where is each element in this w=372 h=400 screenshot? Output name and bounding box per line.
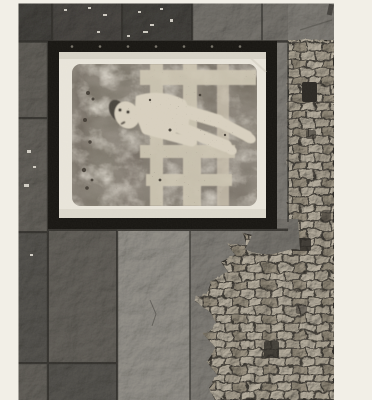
slab — [48, 228, 117, 363]
damage-speck — [85, 186, 89, 190]
seam — [189, 228, 191, 400]
tile — [262, 4, 288, 43]
paper-bottom-shadow — [59, 209, 266, 218]
paint-chip — [160, 8, 163, 10]
photograph — [0, 0, 372, 400]
child-eye — [126, 110, 129, 113]
tile — [122, 4, 192, 43]
brick-hole — [302, 82, 317, 102]
nail-dot — [239, 45, 242, 48]
tile — [52, 4, 122, 43]
slab — [48, 363, 117, 400]
child-eye — [118, 108, 121, 111]
print-area — [19, 4, 335, 400]
paint-chip — [33, 166, 36, 168]
vintage-photo — [72, 64, 257, 206]
tile — [19, 42, 49, 118]
paint-chip — [150, 24, 154, 26]
nail-dot — [183, 45, 186, 48]
paint-chip — [24, 184, 29, 187]
seam — [19, 231, 49, 233]
left-tile-column — [19, 42, 49, 400]
brick-hole — [306, 130, 316, 139]
chair-rail — [140, 70, 256, 85]
nail-dot — [99, 45, 102, 48]
nail-dot — [127, 45, 130, 48]
photograph-stage — [0, 0, 372, 400]
chair-leg — [189, 145, 201, 206]
damage-speck — [159, 179, 162, 182]
nail-dot — [155, 45, 158, 48]
paint-chip — [64, 9, 67, 11]
paint-chip — [170, 19, 173, 22]
paint-chip — [88, 7, 91, 9]
paint-chip — [138, 11, 141, 13]
damage-speck — [169, 129, 172, 132]
seam — [261, 4, 263, 43]
brick-hole — [264, 341, 279, 358]
paint-chip — [143, 31, 148, 33]
damage-speck — [91, 179, 94, 182]
brick-hole — [296, 305, 307, 314]
seam — [51, 4, 53, 43]
slab — [117, 228, 190, 400]
damage-speck — [86, 91, 90, 95]
tile — [19, 232, 49, 363]
damage-speck — [83, 118, 87, 122]
damage-speck — [199, 94, 202, 97]
seam — [19, 362, 118, 364]
tile — [19, 118, 49, 232]
nail-dot — [211, 45, 214, 48]
seam — [116, 228, 118, 400]
tile — [192, 4, 262, 43]
paper-top-shadow — [59, 52, 266, 59]
brick-hole — [322, 210, 331, 222]
seam — [191, 4, 193, 43]
paint-chip — [30, 254, 33, 256]
framed-picture — [48, 41, 277, 229]
damage-speck — [82, 168, 86, 172]
seam — [287, 41, 289, 222]
damage-speck — [224, 134, 226, 136]
tile — [19, 363, 49, 400]
seam — [121, 4, 123, 43]
paint-chip — [127, 35, 130, 37]
paint-chip — [97, 31, 100, 33]
damage-speck — [149, 99, 151, 101]
tile — [19, 4, 53, 43]
photo-dark-edge — [72, 64, 86, 206]
damage-speck — [92, 98, 95, 101]
seam — [19, 117, 49, 119]
nail-dot — [71, 45, 74, 48]
paint-chip — [27, 150, 31, 153]
paint-chip — [103, 14, 107, 16]
damage-speck — [88, 140, 91, 143]
